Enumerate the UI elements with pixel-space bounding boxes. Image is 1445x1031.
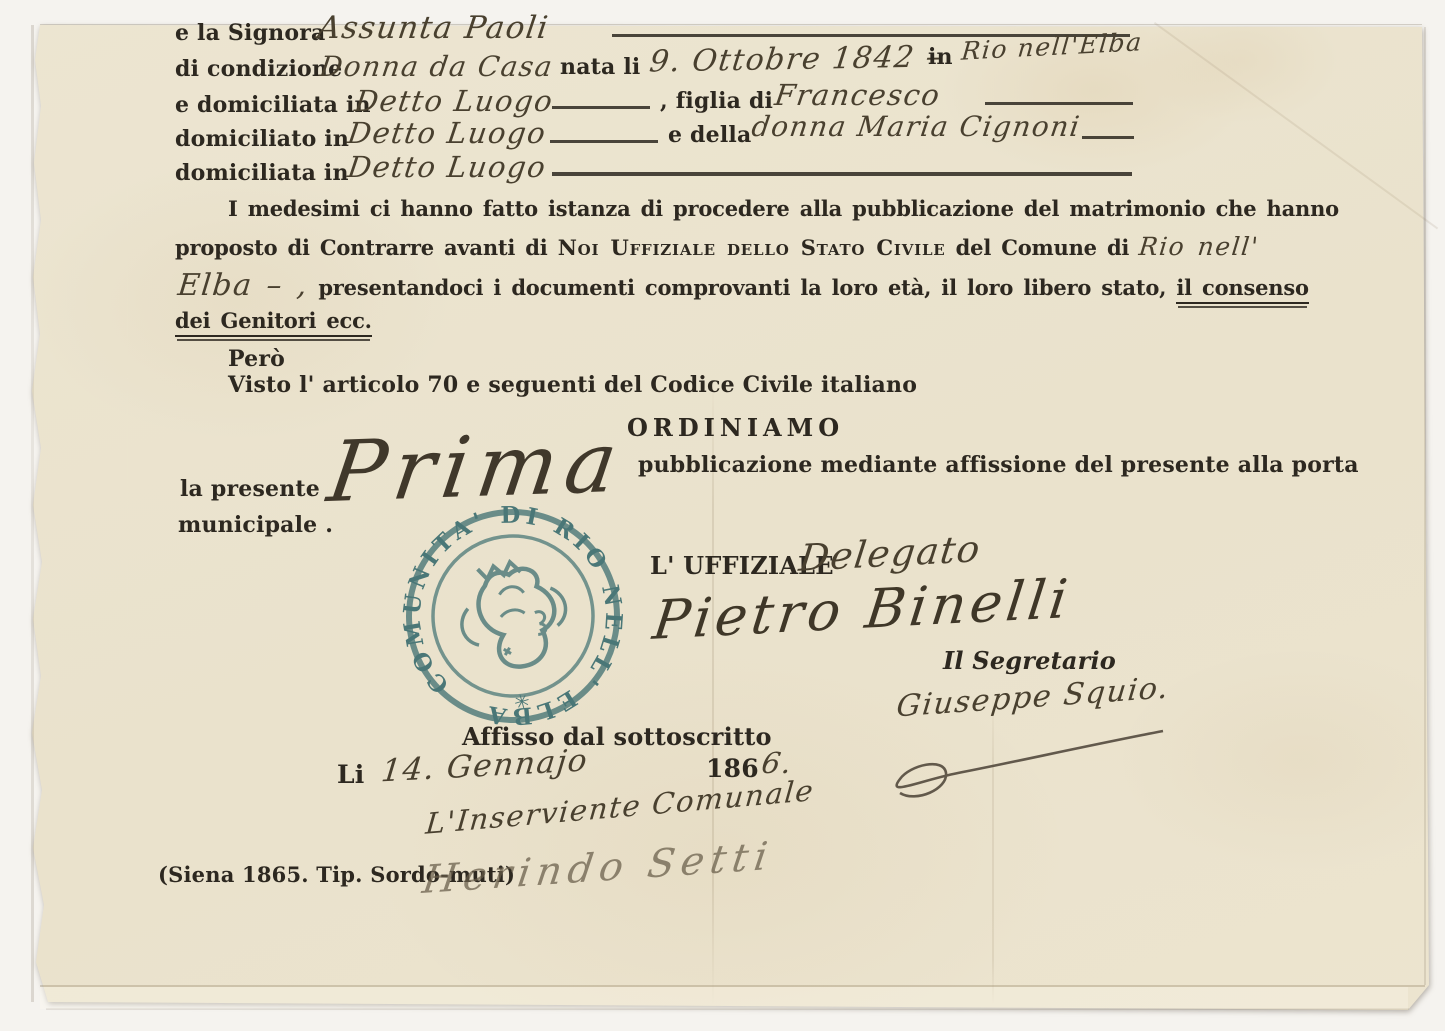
uffiziale-smallcaps: Noi Uffiziale dello Stato Civile [558, 235, 946, 260]
label-domiciliata-2: domiciliata in [175, 160, 349, 186]
label-nata-li: nata li [560, 54, 640, 80]
blank-rule [550, 140, 658, 143]
handwritten-delegato: Delegato [797, 527, 984, 579]
handwritten-domicile-father: Detto Luogo [346, 116, 549, 150]
underlined-consenso: il consenso [1176, 275, 1308, 304]
paragraph-line-3: Elba – , presentandoci i documenti compr… [178, 268, 1309, 303]
paragraph-line-3-text: presentandoci i documenti comprovanti la… [318, 275, 1166, 300]
segretario-label: Il Segretario [943, 646, 1116, 675]
pubblicazione-text: pubblicazione mediante affissione del pr… [638, 452, 1359, 478]
paragraph-line-1: I medesimi ci hanno fatto istanza di pro… [228, 196, 1339, 221]
handwritten-domicile-mother: Detto Luogo [346, 150, 549, 184]
municipal-stamp: COMUNITA' DI RIO NELL' ELBA ✳ [393, 496, 633, 736]
date-li-label: Li [337, 760, 364, 789]
scanned-document: e la Signora Assunta Paoli di condizione… [0, 0, 1445, 1031]
handwritten-father-name: Francesco [773, 78, 943, 112]
ordiniamo-heading: ORDINIAMO [627, 413, 844, 442]
inserviente-signature: Herindo Setti [420, 834, 776, 903]
label-domiciliata: e domiciliata in [175, 92, 371, 118]
handwritten-domicile-bride: Detto Luogo [353, 84, 556, 118]
handwritten-mother-name: donna Maria Cignoni [750, 110, 1083, 143]
handwritten-comune-part2: Elba – , [176, 268, 310, 303]
paragraph-line-2: proposto di Contrarre avanti di Noi Uffi… [175, 232, 1259, 261]
handwritten-bride-name: Assunta Paoli [315, 10, 551, 46]
handwritten-birthdate: 9. Ottobre 1842 – [648, 39, 945, 79]
handwritten-condition: Donna da Casa [318, 50, 556, 83]
blank-rule [552, 172, 1132, 176]
underlined-genitori: dei Genitori ecc. [175, 308, 372, 337]
stamp-ring-text-holder: COMUNITA' DI RIO NELL' ELBA [393, 496, 633, 736]
pero-text: Però [228, 346, 285, 372]
document-content: e la Signora Assunta Paoli di condizione… [0, 0, 1445, 1031]
blank-rule [552, 106, 650, 109]
visto-text: Visto l' articolo 70 e seguenti del Codi… [228, 372, 917, 398]
paragraph-line-4: dei Genitori ecc. [175, 308, 372, 333]
stamp-outer-ring [393, 496, 633, 736]
signature-flourish [880, 715, 1180, 810]
municipale-text: municipale . [178, 512, 333, 538]
stamp-ring-text: COMUNITA' DI RIO NELL' ELBA [393, 496, 633, 736]
label-in: in [928, 44, 953, 70]
label-condizione: di condizione [175, 56, 342, 82]
label-e-della: e della [668, 122, 751, 148]
paragraph-line-2-text: proposto di Contrarre avanti di [175, 235, 548, 260]
blank-rule [985, 102, 1133, 105]
label-domiciliato: domiciliato in [175, 126, 349, 152]
handwritten-comune-part1: Rio nell' [1138, 232, 1261, 261]
blank-rule [1082, 136, 1134, 139]
la-presente-text: la presente [180, 476, 320, 502]
stamp-coat-of-arms-icon [449, 551, 577, 679]
paragraph-line-2-text-b: del Comune di [956, 235, 1130, 260]
label-signora: e la Signora [175, 20, 325, 46]
handwritten-date: 14. Gennajo [379, 743, 590, 790]
